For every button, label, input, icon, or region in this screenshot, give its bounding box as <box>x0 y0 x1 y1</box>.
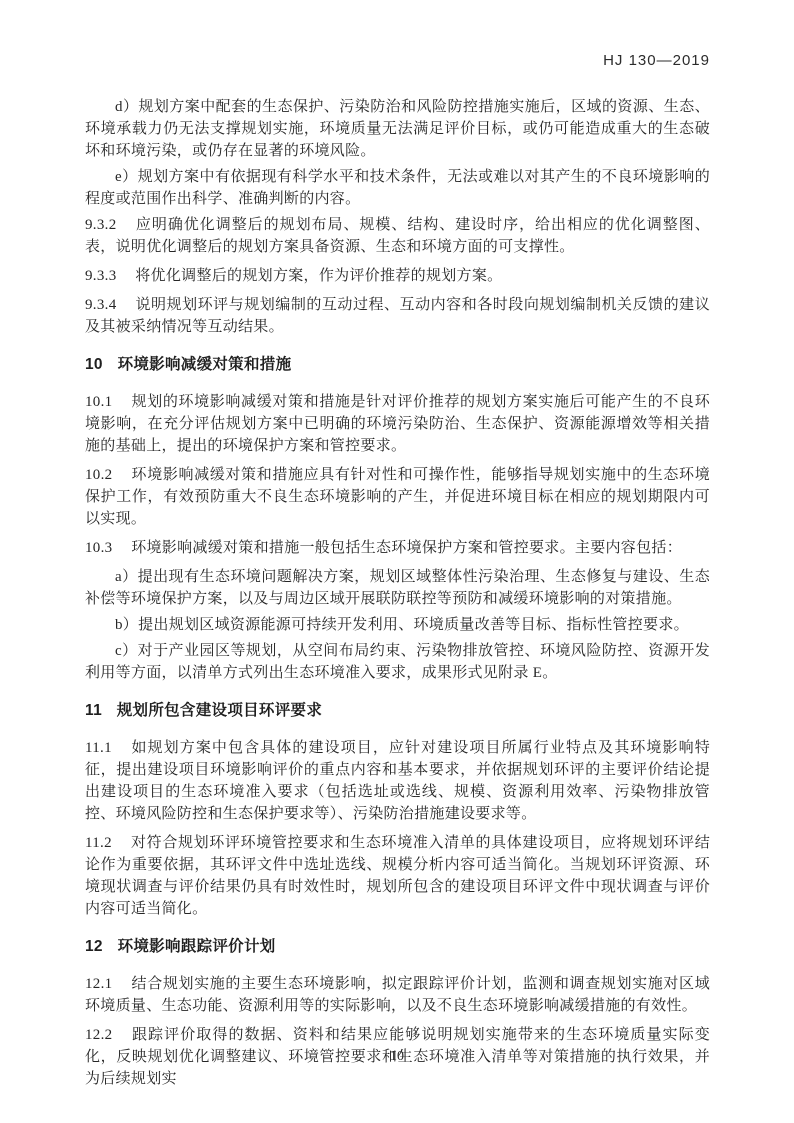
clause-number: 9.3.3 <box>85 268 117 284</box>
item-text: 规划方案中有依据现有科学水平和技术条件，无法或难以对其产生的不良环境影响的程度或… <box>85 169 710 207</box>
clause-number: 10.2 <box>85 467 112 483</box>
clause-11-1: 11.1如规划方案中包含具体的建设项目，应针对建设项目所属行业特点及其环境影响特… <box>85 737 710 825</box>
section-number: 10 <box>85 356 103 373</box>
clause-12-1: 12.1结合规划实施的主要生态环境影响，拟定跟踪评价计划，监测和调查规划实施对区… <box>85 973 710 1017</box>
clause-text: 环境影响减缓对策和措施应具有针对性和可操作性，能够指导规划实施中的生态环境保护工… <box>85 467 710 527</box>
clause-11-2: 11.2对符合规划环评环境管控要求和生态环境准入清单的具体建设项目，应将规划环评… <box>85 832 710 920</box>
list-item-d: d）规划方案中配套的生态保护、污染防治和风险防控措施实施后，区域的资源、生态、环… <box>85 96 710 162</box>
list-item-e: e）规划方案中有依据现有科学水平和技术条件，无法或难以对其产生的不良环境影响的程… <box>85 166 710 210</box>
clause-text: 对符合规划环评环境管控要求和生态环境准入清单的具体建设项目，应将规划环评结论作为… <box>85 835 710 917</box>
item-label-d: d） <box>115 99 138 115</box>
clause-number: 12.1 <box>85 976 112 992</box>
section-title: 环境影响跟踪评价计划 <box>118 938 276 955</box>
clause-10-2: 10.2环境影响减缓对策和措施应具有针对性和可操作性，能够指导规划实施中的生态环… <box>85 464 710 530</box>
document-content: d）规划方案中配套的生态保护、污染防治和风险防控措施实施后，区域的资源、生态、环… <box>85 96 710 1090</box>
item-label-b: b） <box>115 617 138 633</box>
clause-9-3-4: 9.3.4说明规划环评与规划编制的互动过程、互动内容和各时段向规划编制机关反馈的… <box>85 294 710 338</box>
clause-number: 10.1 <box>85 394 112 410</box>
item-label-e: e） <box>115 169 138 185</box>
clause-9-3-2: 9.3.2应明确优化调整后的规划布局、规模、结构、建设时序，给出相应的优化调整图… <box>85 214 710 258</box>
page-number: 10 <box>390 1049 404 1064</box>
clause-text: 结合规划实施的主要生态环境影响，拟定跟踪评价计划，监测和调查规划实施对区域环境质… <box>85 976 710 1014</box>
clause-text: 如规划方案中包含具体的建设项目，应针对建设项目所属行业特点及其环境影响特征，提出… <box>85 740 710 822</box>
item-text: 规划方案中配套的生态保护、污染防治和风险防控措施实施后，区域的资源、生态、环境承… <box>85 99 710 159</box>
list-item-a: a）提出现有生态环境问题解决方案，规划区域整体性污染治理、生态修复与建设、生态补… <box>85 566 710 610</box>
item-text: 提出规划区域资源能源可持续开发利用、环境质量改善等目标、指标性管控要求。 <box>138 617 689 633</box>
section-number: 12 <box>85 938 103 955</box>
item-label-c: c） <box>115 643 138 659</box>
standard-code: HJ 130—2019 <box>603 52 710 69</box>
clause-number: 11.2 <box>85 835 112 851</box>
clause-number: 12.2 <box>85 1027 112 1043</box>
list-item-c: c）对于产业园区等规划，从空间布局约束、污染物排放管控、环境风险防控、资源开发利… <box>85 640 710 684</box>
clause-number: 11.1 <box>85 740 112 756</box>
clause-number: 9.3.2 <box>85 217 117 233</box>
clause-text: 将优化调整后的规划方案，作为评价推荐的规划方案。 <box>135 268 502 284</box>
section-title: 规划所包含建设项目环评要求 <box>117 702 322 719</box>
clause-text: 应明确优化调整后的规划布局、规模、结构、建设时序，给出相应的优化调整图、表，说明… <box>85 217 710 255</box>
item-text: 对于产业园区等规划，从空间布局约束、污染物排放管控、环境风险防控、资源开发利用等… <box>85 643 710 681</box>
page-footer: 10 <box>0 1049 794 1065</box>
clause-text: 说明规划环评与规划编制的互动过程、互动内容和各时段向规划编制机关反馈的建议及其被… <box>85 297 710 335</box>
section-heading-12: 12环境影响跟踪评价计划 <box>85 936 710 958</box>
clause-10-1: 10.1规划的环境影响减缓对策和措施是针对评价推荐的规划方案实施后可能产生的不良… <box>85 391 710 457</box>
section-number: 11 <box>85 702 102 719</box>
page-header: HJ 130—2019 <box>85 52 710 70</box>
document-page: HJ 130—2019 d）规划方案中配套的生态保护、污染防治和风险防控措施实施… <box>0 0 794 1123</box>
clause-text: 规划的环境影响减缓对策和措施是针对评价推荐的规划方案实施后可能产生的不良环境影响… <box>85 394 710 454</box>
list-item-b: b）提出规划区域资源能源可持续开发利用、环境质量改善等目标、指标性管控要求。 <box>85 614 710 636</box>
clause-number: 9.3.4 <box>85 297 117 313</box>
clause-10-3: 10.3环境影响减缓对策和措施一般包括生态环境保护方案和管控要求。主要内容包括： <box>85 537 710 559</box>
item-text: 提出现有生态环境问题解决方案，规划区域整体性污染治理、生态修复与建设、生态补偿等… <box>85 569 710 607</box>
item-label-a: a） <box>115 569 138 585</box>
section-heading-11: 11规划所包含建设项目环评要求 <box>85 700 710 722</box>
section-title: 环境影响减缓对策和措施 <box>118 356 292 373</box>
section-heading-10: 10环境影响减缓对策和措施 <box>85 354 710 376</box>
clause-text: 环境影响减缓对策和措施一般包括生态环境保护方案和管控要求。主要内容包括： <box>131 540 682 556</box>
clause-9-3-3: 9.3.3将优化调整后的规划方案，作为评价推荐的规划方案。 <box>85 265 710 287</box>
clause-number: 10.3 <box>85 540 112 556</box>
